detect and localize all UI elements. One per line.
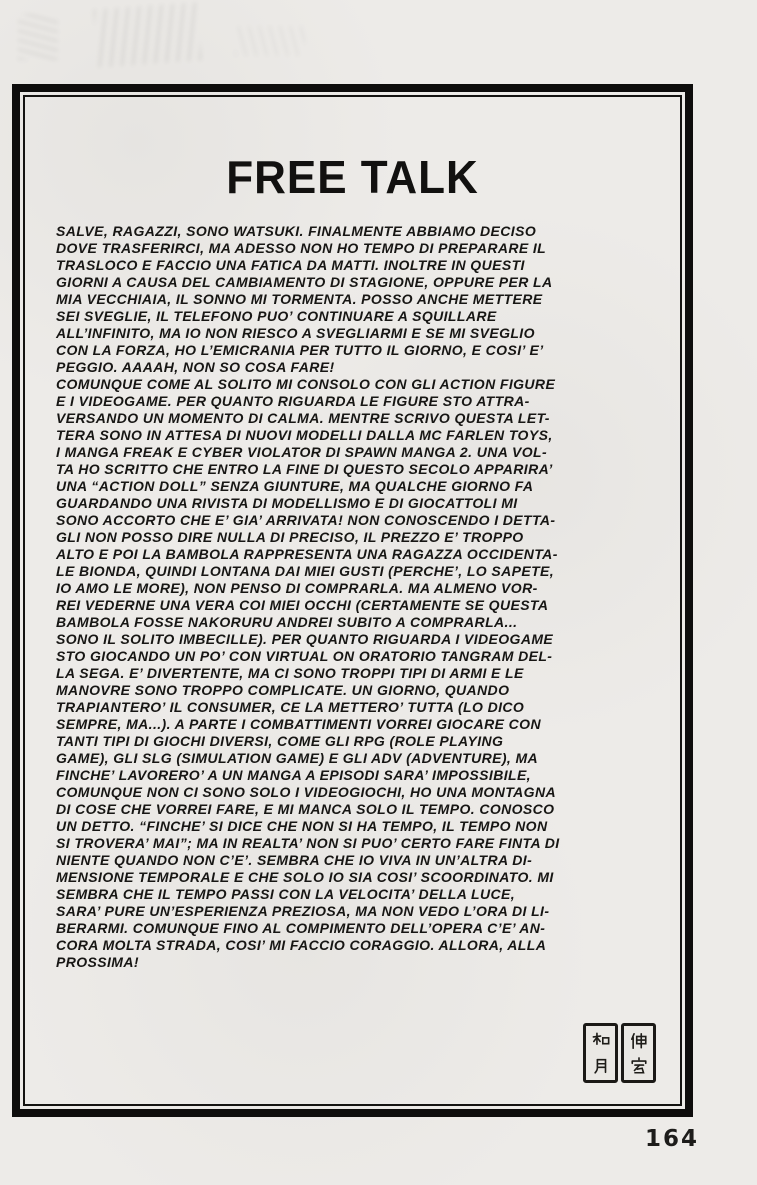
text-line: DI COSE CHE VORREI FARE, E MI MANCA SOLO…: [56, 801, 670, 818]
text-line: GIORNI A CAUSA DEL CAMBIAMENTO DI STAGIO…: [56, 274, 670, 291]
scan-artifact: [235, 26, 305, 56]
text-line: GLI NON POSSO DIRE NULLA DI PRECISO, IL …: [56, 529, 670, 546]
seal-kanji-wa: [592, 1032, 610, 1050]
text-line: E I VIDEOGAME. PER QUANTO RIGUARDA LE FI…: [56, 393, 670, 410]
author-seal: [583, 1023, 656, 1083]
text-line: TANTI TIPI DI GIOCHI DIVERSI, COME GLI R…: [56, 733, 670, 750]
text-line: TA HO SCRITTO CHE ENTRO LA FINE DI QUEST…: [56, 461, 670, 478]
manga-page: FREE TALK SALVE, RAGAZZI, SONO WATSUKI. …: [0, 0, 757, 1185]
text-line: SARA’ PURE UN’ESPERIENZA PREZIOSA, MA NO…: [56, 903, 670, 920]
frame-inner-border: FREE TALK SALVE, RAGAZZI, SONO WATSUKI. …: [23, 95, 682, 1106]
text-line: TERA SONO IN ATTESA DI NUOVI MODELLI DAL…: [56, 427, 670, 444]
text-line: MENSIONE TEMPORALE E CHE SOLO IO SIA COS…: [56, 869, 670, 886]
text-line: TRAPIANTERO’ IL CONSUMER, CE LA METTERO’…: [56, 699, 670, 716]
content-frame: FREE TALK SALVE, RAGAZZI, SONO WATSUKI. …: [12, 84, 693, 1117]
text-line: SALVE, RAGAZZI, SONO WATSUKI. FINALMENTE…: [56, 223, 670, 240]
seal-stamp-wazuki: [583, 1023, 618, 1083]
text-line: LA SEGA. E’ DIVERTENTE, MA CI SONO TROPP…: [56, 665, 670, 682]
text-line: LE BIONDA, QUINDI LONTANA DAI MIEI GUSTI…: [56, 563, 670, 580]
text-line: VERSANDO UN MOMENTO DI CALMA. MENTRE SCR…: [56, 410, 670, 427]
text-line: BAMBOLA FOSSE NAKORURU ANDREI SUBITO A C…: [56, 614, 670, 631]
text-line: NIENTE QUANDO NON C’E’. SEMBRA CHE IO VI…: [56, 852, 670, 869]
text-line: GAME), GLI SLG (SIMULATION GAME) E GLI A…: [56, 750, 670, 767]
text-line: SEI SVEGLIE, IL TELEFONO PUO’ CONTINUARE…: [56, 308, 670, 325]
text-line: MANOVRE SONO TROPPO COMPLICATE. UN GIORN…: [56, 682, 670, 699]
text-line: ALL’INFINITO, MA IO NON RIESCO A SVEGLIA…: [56, 325, 670, 342]
text-line: PROSSIMA!: [56, 954, 670, 971]
page-number: 164: [645, 1126, 699, 1152]
text-line: TRASLOCO E FACCIO UNA FATICA DA MATTI. I…: [56, 257, 670, 274]
text-line: SONO IL SOLITO IMBECILLE). PER QUANTO RI…: [56, 631, 670, 648]
text-line: SEMBRA CHE IL TEMPO PASSI CON LA VELOCIT…: [56, 886, 670, 903]
text-line: DOVE TRASFERIRCI, MA ADESSO NON HO TEMPO…: [56, 240, 670, 257]
text-line: STO GIOCANDO UN PO’ CON VIRTUAL ON ORATO…: [56, 648, 670, 665]
text-line: REI VEDERNE UNA VERA COI MIEI OCCHI (CER…: [56, 597, 670, 614]
scan-artifact: [93, 2, 202, 67]
seal-kanji-hiro: [630, 1057, 648, 1075]
seal-kanji-zuki: [592, 1057, 610, 1075]
text-line: CON LA FORZA, HO L’EMICRANIA PER TUTTO I…: [56, 342, 670, 359]
text-line: IO AMO LE MORE), NON PENSO DI COMPRARLA.…: [56, 580, 670, 597]
text-line: UNA “ACTION DOLL” SENZA GIUNTURE, MA QUA…: [56, 478, 670, 495]
text-line: PEGGIO. AAAAH, NON SO COSA FARE!: [56, 359, 670, 376]
text-line: UN DETTO. “FINCHE’ SI DICE CHE NON SI HA…: [56, 818, 670, 835]
text-line: CORA MOLTA STRADA, COSI’ MI FACCIO CORAG…: [56, 937, 670, 954]
text-line: SI TROVERA’ MAI”; MA IN REALTA’ NON SI P…: [56, 835, 670, 852]
text-line: FINCHE’ LAVORERO’ A UN MANGA A EPISODI S…: [56, 767, 670, 784]
text-line: I MANGA FREAK E CYBER VIOLATOR DI SPAWN …: [56, 444, 670, 461]
seal-stamp-nobuhiro: [621, 1023, 656, 1083]
text-line: SONO ACCORTO CHE E’ GIA’ ARRIVATA! NON C…: [56, 512, 670, 529]
text-line: ALTO E POI LA BAMBOLA RAPPRESENTA UNA RA…: [56, 546, 670, 563]
scan-artifact: [18, 14, 58, 60]
seal-kanji-nobu: [630, 1032, 648, 1050]
page-title: FREE TALK: [25, 152, 680, 205]
text-line: GUARDANDO UNA RIVISTA DI MODELLISMO E DI…: [56, 495, 670, 512]
text-line: MIA VECCHIAIA, IL SONNO MI TORMENTA. POS…: [56, 291, 670, 308]
text-line: COMUNQUE COME AL SOLITO MI CONSOLO CON G…: [56, 376, 670, 393]
text-line: SEMPRE, MA...). A PARTE I COMBATTIMENTI …: [56, 716, 670, 733]
text-line: COMUNQUE NON CI SONO SOLO I VIDEOGIOCHI,…: [56, 784, 670, 801]
text-line: BERARMI. COMUNQUE FINO AL COMPIMENTO DEL…: [56, 920, 670, 937]
free-talk-text: SALVE, RAGAZZI, SONO WATSUKI. FINALMENTE…: [56, 223, 670, 971]
